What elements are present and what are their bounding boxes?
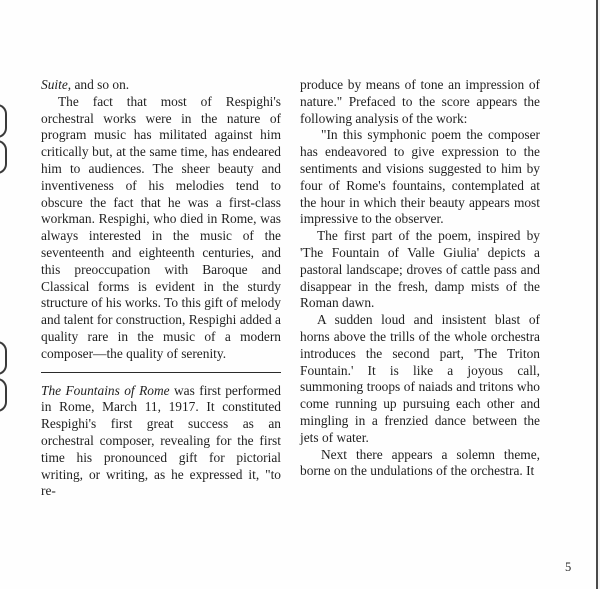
solemn-theme-paragraph: Next there appears a solemn theme, borne… (300, 447, 540, 481)
continuation-paragraph: produce by means of tone an impression o… (300, 77, 540, 127)
booklet-page: Suite, and so on. The fact that most of … (0, 0, 600, 589)
intro-tail: , and so on. (68, 77, 129, 92)
fountains-title: The Fountains of Rome (41, 383, 170, 398)
right-column: produce by means of tone an impression o… (300, 77, 540, 480)
section-divider (41, 372, 281, 373)
intro-line: Suite, and so on. (41, 77, 281, 94)
fountains-text: was first performed in Rome, March 11, 1… (41, 383, 281, 499)
page-number: 5 (565, 560, 571, 575)
suite-title: Suite (41, 77, 68, 92)
left-column: Suite, and so on. The fact that most of … (41, 77, 281, 500)
fountains-paragraph: The Fountains of Rome was first performe… (41, 383, 281, 501)
binding-mark-2 (0, 140, 7, 174)
respighi-paragraph: The fact that most of Respighi's orchest… (41, 94, 281, 363)
binding-mark-4 (0, 378, 7, 412)
binding-mark-3 (0, 341, 7, 375)
valle-giulia-paragraph: The first part of the poem, inspired by … (300, 228, 540, 312)
triton-paragraph: A sudden loud and insistent blast of hor… (300, 312, 540, 446)
analysis-quote-paragraph: "In this symphonic poem the composer has… (300, 127, 540, 228)
binding-mark-1 (0, 104, 7, 138)
